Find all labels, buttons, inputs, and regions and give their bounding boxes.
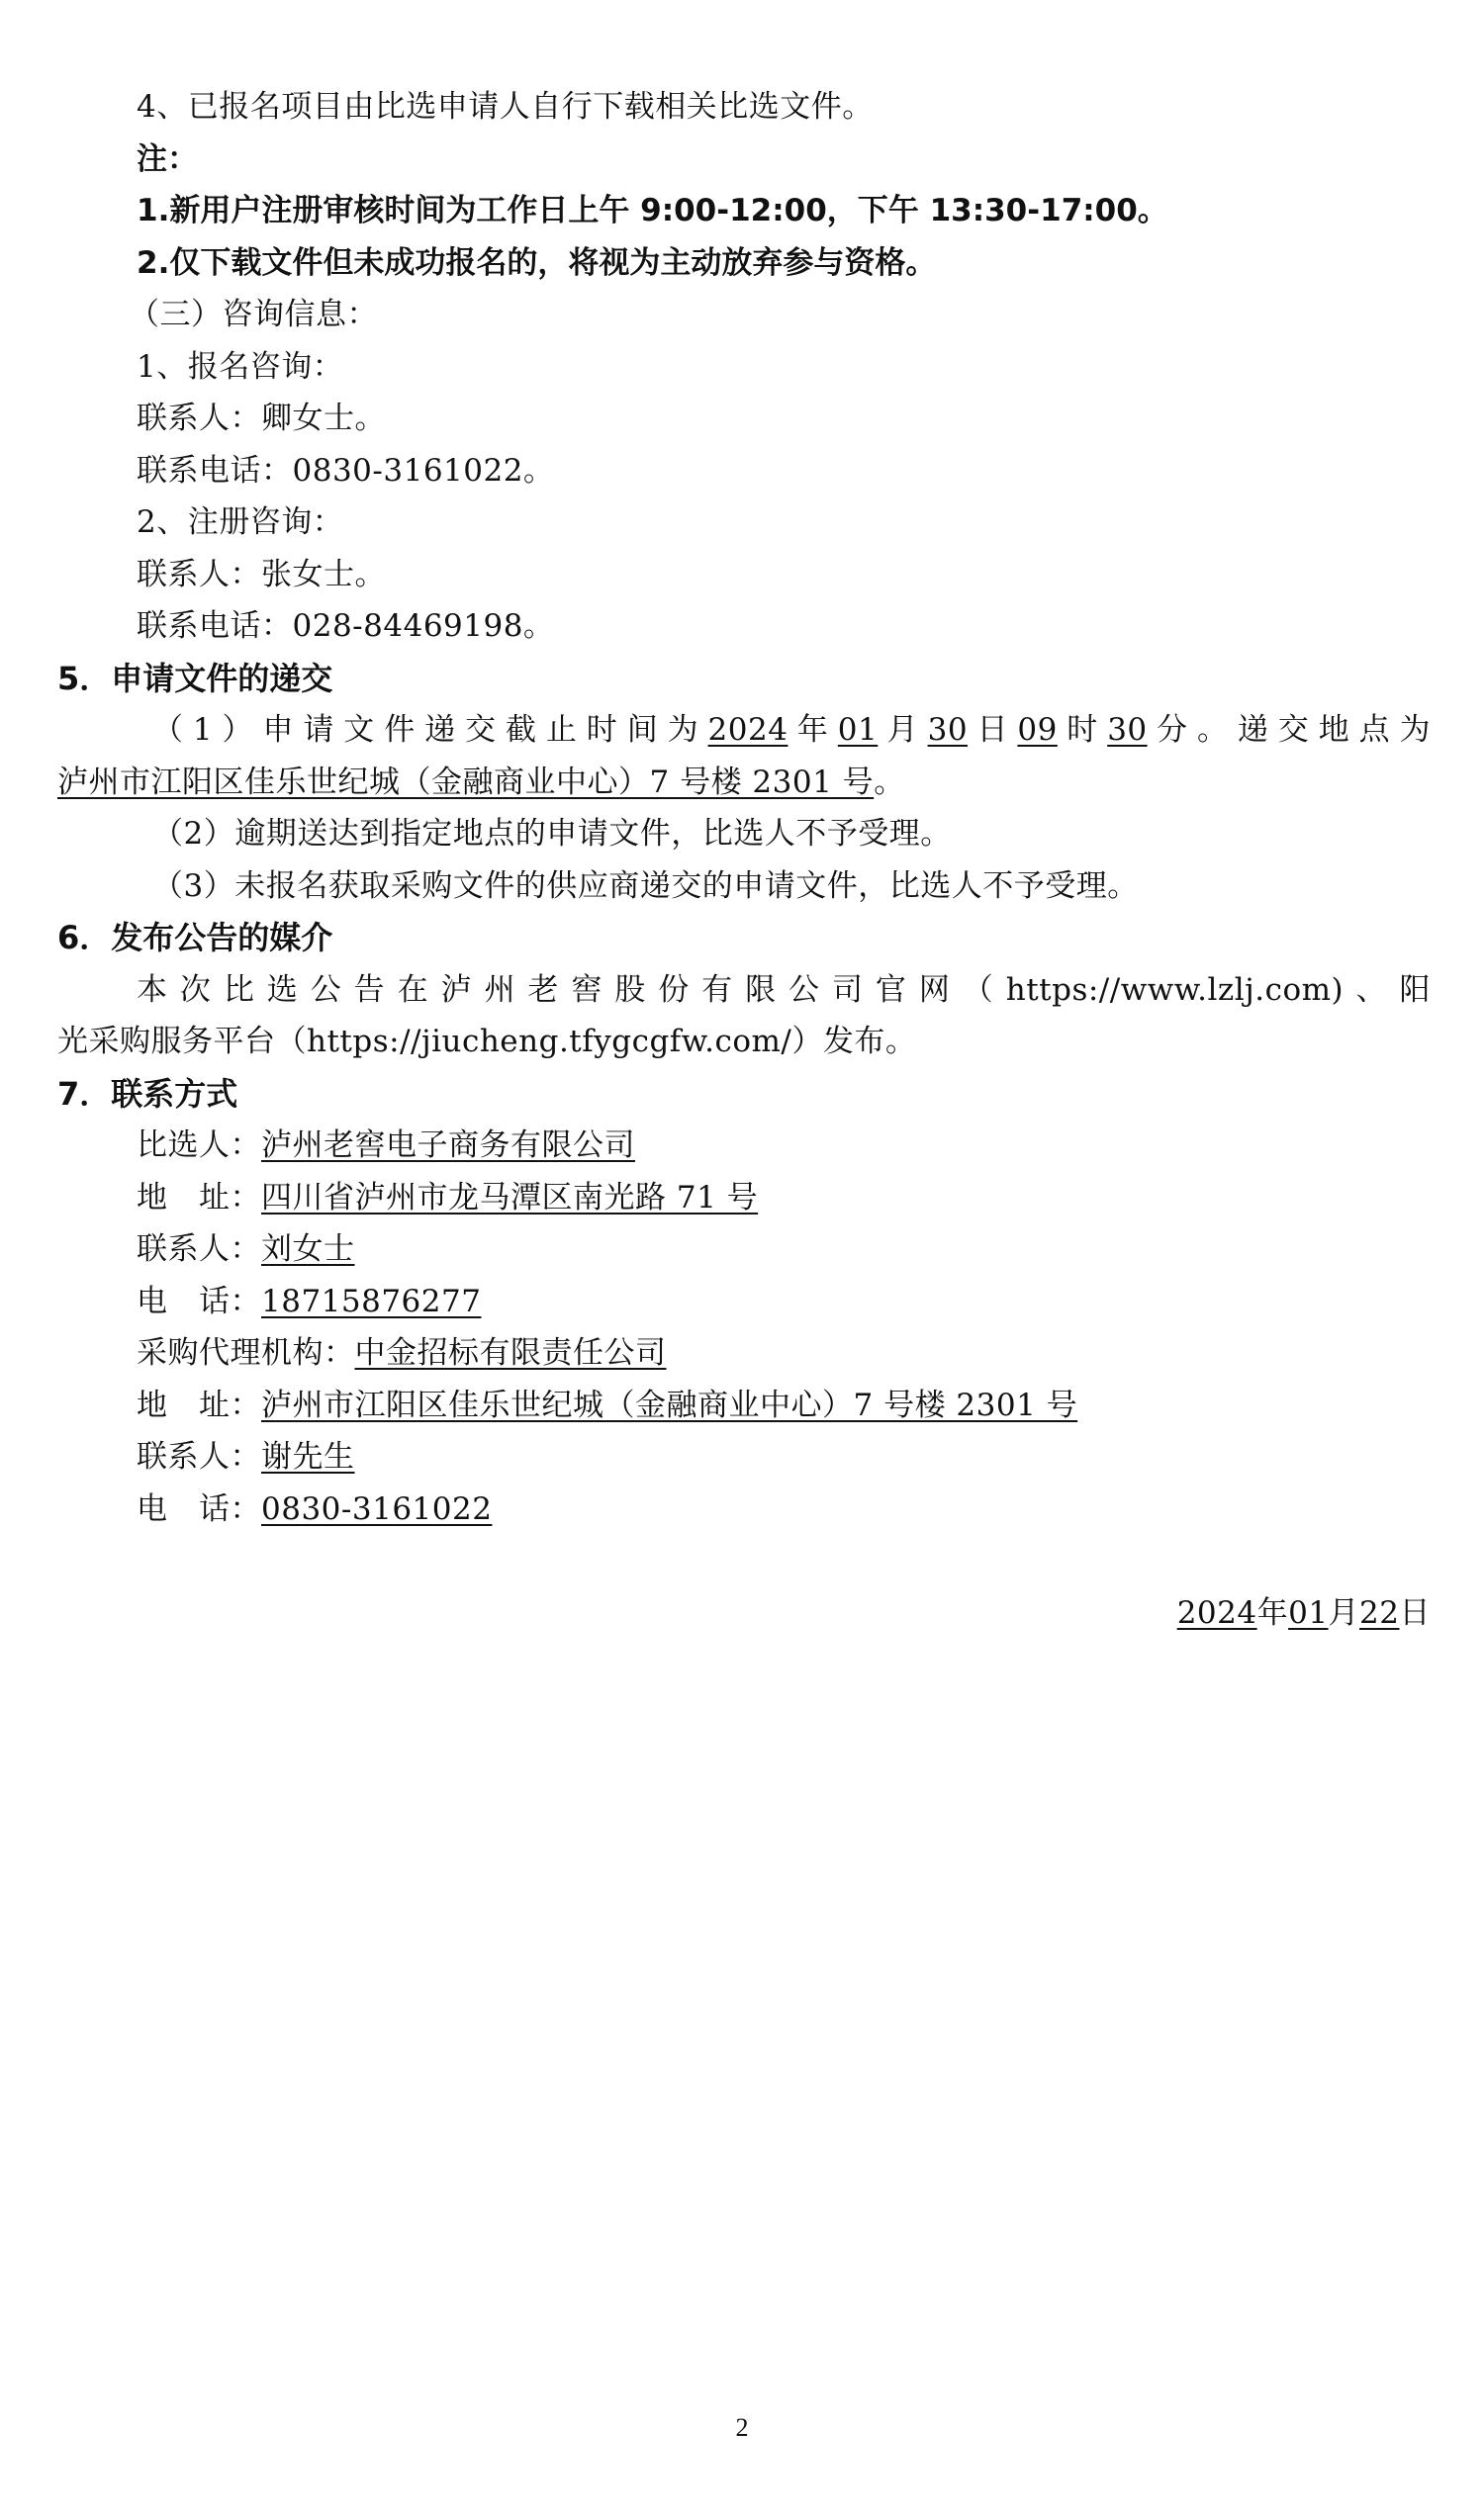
signup-phone-value: 0830-3161022。 <box>293 453 555 489</box>
date-month: 01 <box>1288 1595 1328 1631</box>
page-number: 2 <box>0 2413 1484 2443</box>
document-page: 4、已报名项目由比选申请人自行下载相关比选文件。 注： 1.新用户注册审核时间为… <box>57 81 1431 1639</box>
section-6-line2: 光采购服务平台（https://jiucheng.tfygcgfw.com/）发… <box>57 1016 1431 1068</box>
agency-contact-value: 谢先生 <box>261 1439 355 1475</box>
section-5-p2: （2）逾期送达到指定地点的申请文件，比选人不予受理。 <box>57 808 1431 860</box>
register-contact: 联系人：张女士。 <box>57 549 1431 601</box>
buyer-address: 地 址：四川省泸州市龙马潭区南光路 71 号 <box>57 1172 1431 1224</box>
section-5-title: 5．申请文件的递交 <box>57 653 1431 705</box>
agency-phone-value: 0830-3161022 <box>261 1491 492 1527</box>
consultation-heading: （三）咨询信息： <box>57 289 1431 341</box>
signup-phone-label: 联系电话： <box>137 453 293 489</box>
agency-name-value: 中金招标有限责任公司 <box>355 1335 667 1371</box>
register-phone-label: 联系电话： <box>137 608 293 644</box>
section-5-p1-line2: 泸州市江阳区佳乐世纪城（金融商业中心）7 号楼 2301 号。 <box>57 757 1431 809</box>
note-label: 注： <box>57 134 1431 186</box>
register-contact-label: 联系人： <box>137 557 261 592</box>
register-phone: 联系电话：028-84469198。 <box>57 600 1431 653</box>
section-6-line1: 本次比选公告在泸州老窖股份有限公司官网（https://www.lzlj.com… <box>57 964 1431 1017</box>
register-phone-value: 028-84469198。 <box>293 608 555 644</box>
section-7-title: 7．联系方式 <box>57 1068 1431 1121</box>
signup-phone: 联系电话：0830-3161022。 <box>57 445 1431 497</box>
document-date: 2024年01月22日 <box>57 1587 1431 1640</box>
registration-item-4: 4、已报名项目由比选申请人自行下载相关比选文件。 <box>57 81 1431 134</box>
buyer-contact-value: 刘女士 <box>261 1231 355 1267</box>
submission-location: 泸州市江阳区佳乐世纪城（金融商业中心）7 号楼 2301 号 <box>57 765 874 800</box>
agency-address-value: 泸州市江阳区佳乐世纪城（金融商业中心）7 号楼 2301 号 <box>261 1388 1077 1423</box>
buyer-contact: 联系人：刘女士 <box>57 1223 1431 1276</box>
section-5-p1-line1: （1）申请文件递交截止时间为2024年01月30日09时30分。递交地点为 <box>57 704 1431 757</box>
signup-contact-label: 联系人： <box>137 401 261 436</box>
spacer <box>57 1535 1431 1587</box>
date-year: 2024 <box>1177 1595 1257 1631</box>
agency-contact: 联系人：谢先生 <box>57 1431 1431 1484</box>
buyer-address-value: 四川省泸州市龙马潭区南光路 71 号 <box>261 1180 758 1215</box>
signup-contact-value: 卿女士。 <box>261 401 386 436</box>
agency-address: 地 址：泸州市江阳区佳乐世纪城（金融商业中心）7 号楼 2301 号 <box>57 1380 1431 1432</box>
deadline-minute: 30 <box>1107 712 1147 748</box>
buyer-phone: 电 话：18715876277 <box>57 1276 1431 1328</box>
note-2: 2.仅下载文件但未成功报名的，将视为主动放弃参与资格。 <box>57 237 1431 290</box>
register-contact-value: 张女士。 <box>261 557 386 592</box>
buyer-name: 比选人：泸州老窖电子商务有限公司 <box>57 1120 1431 1172</box>
deadline-day: 30 <box>928 712 968 748</box>
date-day: 22 <box>1359 1595 1399 1631</box>
agency-phone: 电 话：0830-3161022 <box>57 1484 1431 1536</box>
deadline-year: 2024 <box>708 712 788 748</box>
signup-consult-label: 1、报名咨询： <box>57 341 1431 394</box>
deadline-hour: 09 <box>1017 712 1057 748</box>
buyer-name-value: 泸州老窖电子商务有限公司 <box>261 1127 635 1163</box>
note-1: 1.新用户注册审核时间为工作日上午 9:00-12:00，下午 13:30-17… <box>57 185 1431 237</box>
agency-name: 采购代理机构：中金招标有限责任公司 <box>57 1327 1431 1380</box>
buyer-phone-value: 18715876277 <box>261 1284 481 1319</box>
section-6-title: 6．发布公告的媒介 <box>57 912 1431 964</box>
deadline-month: 01 <box>838 712 878 748</box>
register-consult-label: 2、注册咨询： <box>57 496 1431 549</box>
signup-contact: 联系人：卿女士。 <box>57 393 1431 445</box>
section-5-p3: （3）未报名获取采购文件的供应商递交的申请文件，比选人不予受理。 <box>57 860 1431 913</box>
